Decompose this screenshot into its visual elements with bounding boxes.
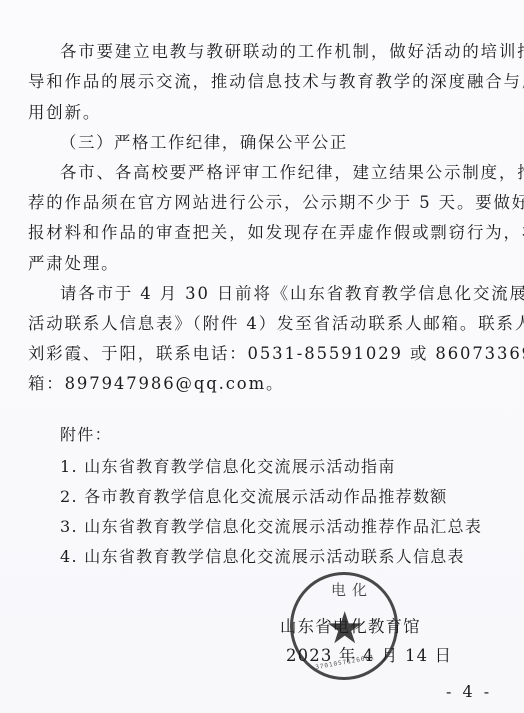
paragraph3-line1: 请各市于 4 月 30 日前将《山东省教育教学信息化交流展示 [60,284,482,304]
seal-top-text: 电化 [331,579,373,600]
paragraph3-line3: 刘彩霞、于阳，联系电话：0531-85591029 或 86073369，电子邮 [28,344,482,364]
paragraph1-line1: 各市要建立电教与教研联动的工作机制，做好活动的培训指 [60,42,482,62]
paragraph2-line2: 荐的作品须在官方网站进行公示，公示期不少于 5 天。要做好申 [28,193,482,213]
signature-organization: 山东省电化教育馆 [280,613,421,637]
attachment-item-1: 1. 山东省教育教学信息化交流展示活动指南 [60,457,514,477]
paragraph1-line2: 导和作品的展示交流，推动信息技术与教育教学的深度融合与应 [28,72,482,92]
paragraph2-line4: 严肃处理。 [28,254,482,274]
paragraph1-line3: 用创新。 [28,103,482,123]
page-number: - 4 - [446,682,492,701]
attachment-item-4: 4. 山东省教育教学信息化交流展示活动联系人信息表 [60,547,514,567]
paragraph3-line2: 活动联系人信息表》（附件 4）发至省活动联系人邮箱。联系人： [28,314,482,334]
paragraph3-line4-email: 箱：897947986@qq.com。 [28,374,482,394]
attachment-item-2: 2. 各市教育教学信息化交流展示活动作品推荐数额 [60,487,514,507]
attachments-label: 附件： [60,425,514,445]
document-page: 各市要建立电教与教研联动的工作机制，做好活动的培训指 导和作品的展示交流，推动信… [0,0,524,713]
signature-date: 2023 年 4 月 14 日 [286,642,452,666]
paragraph2-line3: 报材料和作品的审查把关，如发现存在弄虚作假或剽窃行为，将 [28,223,482,243]
section3-heading: （三）严格工作纪律，确保公平公正 [60,133,514,153]
paragraph2-line1: 各市、各高校要严格评审工作纪律，建立结果公示制度，推 [60,163,482,183]
attachment-item-3: 3. 山东省教育教学信息化交流展示活动推荐作品汇总表 [60,517,514,537]
